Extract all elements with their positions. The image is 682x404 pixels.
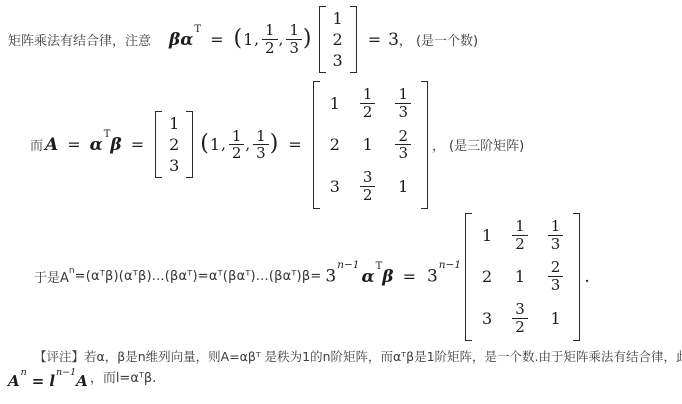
matrix-cell: 1	[330, 94, 340, 113]
column-vector-alpha: 1 2 3	[155, 111, 193, 178]
associativity-chain-expression: =(αᵀβ)(αᵀβ)...(βαᵀ)=αᵀ(βαᵀ)...(βαᵀ)β=	[75, 269, 322, 284]
vector-entry: 1	[169, 114, 179, 133]
right-bracket	[421, 81, 428, 209]
line1-annotation: (是一个数)	[416, 30, 478, 49]
numerator: 1	[395, 86, 411, 104]
fraction-one-third: 13	[253, 128, 269, 163]
denominator: 3	[548, 277, 564, 294]
numerator: 1	[512, 218, 528, 236]
l-symbol: l	[49, 372, 55, 390]
fraction-one-half: 12	[229, 128, 245, 163]
row-vector-entry-1: 1	[210, 135, 220, 154]
column-vector-alpha: 1 2 3	[319, 6, 357, 73]
matrix-cell: 2	[330, 135, 340, 154]
transpose-superscript: T	[194, 24, 201, 35]
comma: ,	[278, 30, 287, 57]
matrix-cell: 1	[550, 309, 560, 328]
equals-sign: =	[67, 135, 80, 154]
line2-prefix-text: 而	[30, 135, 43, 154]
matrix-entries: 1 12 13 2 1 23 3 32 1	[320, 81, 421, 209]
numerator: 1	[548, 218, 564, 236]
period: .	[584, 267, 589, 287]
matrix-cell-fraction: 12	[360, 86, 376, 121]
equals-sign: =	[403, 267, 416, 286]
row-vector-entry-1: 1	[243, 30, 253, 49]
open-paren: (	[232, 26, 243, 51]
prefix-A-power: 于是A	[34, 271, 69, 286]
comma: ,	[253, 30, 262, 57]
remark-tail-text: ，而l=αᵀβ.	[90, 368, 157, 390]
denominator: 3	[548, 236, 564, 253]
alpha-transpose-beta-term: αTβ	[90, 135, 122, 155]
numerator: 2	[395, 128, 411, 146]
matrix-3x3: 1 12 13 2 1 23 3 32 1	[313, 81, 428, 209]
right-bracket	[350, 6, 357, 73]
n-superscript: n	[21, 367, 27, 378]
matrix-cell: 1	[515, 267, 525, 286]
numerator: 1	[229, 128, 245, 146]
numerator: 2	[548, 259, 564, 277]
matrix-cell: 1	[398, 177, 408, 196]
left-bracket	[319, 6, 326, 73]
equation-line-1: 矩阵乘法有结合律，注意 βαT = ( 1 , 12 , 13 ) 1 2 3 …	[8, 6, 682, 73]
A-symbol: A	[76, 372, 88, 390]
remark-text-line: 【评注】若α，β是n维列向量，则A=αβᵀ 是秩为1的n阶矩阵，而αᵀβ是1阶矩…	[8, 347, 674, 367]
denominator: 3	[286, 40, 302, 57]
row-vector-beta: ( 1 , 12 , 13 )	[232, 22, 312, 57]
beta-alpha-symbols: βα	[169, 30, 193, 50]
fraction-one-half: 12	[262, 22, 278, 57]
numerator: 1	[262, 22, 278, 40]
comma: ，	[399, 30, 412, 49]
alpha-transpose-beta-term: αTβ	[362, 267, 394, 287]
right-bracket	[573, 213, 580, 341]
matrix-cell: 3	[482, 309, 492, 328]
matrix-3x3: 1 12 13 2 1 23 3 32 1	[465, 213, 580, 341]
remark-formula-line: An=ln−1A ，而l=αᵀβ.	[8, 367, 674, 392]
matrix-cell: 3	[330, 177, 340, 196]
matrix-cell: 2	[482, 267, 492, 286]
equals-sign: =	[288, 135, 301, 154]
matrix-cell: 1	[363, 135, 373, 154]
matrix-A-symbol: A	[45, 135, 58, 155]
matrix-cell-fraction: 13	[548, 218, 564, 253]
line2-annotation: (是三阶矩阵)	[449, 135, 524, 154]
column-vector-entries: 1 2 3	[326, 6, 350, 73]
beta-symbol: β	[110, 135, 121, 155]
exponent-n-minus-1: n−1	[56, 367, 76, 378]
alpha-symbol: α	[362, 267, 375, 287]
alpha-symbol: α	[90, 135, 103, 155]
transpose-superscript: T	[376, 261, 383, 272]
three-power-n-minus-1: 3n−1	[427, 266, 461, 287]
equation-line-3: 于是An =(αᵀβ)(αᵀβ)...(βαᵀ)=αᵀ(βαᵀ)...(βαᵀ)…	[34, 213, 682, 341]
denominator: 3	[395, 104, 411, 121]
vector-entry: 3	[169, 156, 179, 175]
textbook-page: 矩阵乘法有结合律，注意 βαT = ( 1 , 12 , 13 ) 1 2 3 …	[0, 0, 682, 404]
comma: ，	[432, 135, 445, 154]
denominator: 3	[395, 145, 411, 162]
numerator: 1	[360, 86, 376, 104]
line1-intro-text: 矩阵乘法有结合律，注意	[8, 30, 151, 49]
numerator: 1	[253, 128, 269, 146]
close-paren: )	[269, 131, 280, 156]
matrix-cell-fraction: 32	[360, 169, 376, 204]
beta-alpha-transpose-term: βαT	[169, 30, 201, 50]
matrix-cell-fraction: 23	[395, 128, 411, 163]
n-superscript: n	[69, 266, 75, 276]
column-vector-entries: 1 2 3	[162, 111, 186, 178]
denominator: 2	[229, 145, 245, 162]
line3-prefix-text: 于是An	[34, 267, 75, 286]
vector-entry: 2	[169, 135, 179, 154]
matrix-cell-fraction: 12	[512, 218, 528, 253]
left-bracket	[155, 111, 162, 178]
fraction-one-third: 13	[286, 22, 302, 57]
denominator: 2	[360, 104, 376, 121]
base-3: 3	[427, 267, 438, 287]
denominator: 2	[262, 40, 278, 57]
beta-symbol: β	[382, 267, 393, 287]
equals-sign: =	[368, 30, 381, 49]
denominator: 2	[360, 187, 376, 204]
equals-sign: =	[131, 135, 144, 154]
row-vector-beta: ( 1 , 12 , 13 )	[199, 128, 279, 163]
exponent-n-minus-1: n−1	[337, 259, 359, 271]
matrix-cell: 1	[482, 226, 492, 245]
left-bracket	[313, 81, 320, 209]
comma: ,	[220, 135, 229, 162]
matrix-cell-fraction: 23	[548, 259, 564, 294]
vector-entry: 2	[333, 30, 343, 49]
vector-entry: 1	[333, 9, 343, 28]
equals-sign: =	[210, 30, 223, 49]
denominator: 2	[512, 319, 528, 336]
matrix-cell-fraction: 32	[512, 301, 528, 336]
equals-sign: =	[32, 372, 45, 390]
transpose-superscript: T	[104, 129, 111, 140]
A-symbol: A	[8, 372, 20, 390]
left-bracket	[465, 213, 472, 341]
numerator: 3	[360, 169, 376, 187]
matrix-cell-fraction: 13	[395, 86, 411, 121]
right-bracket	[186, 111, 193, 178]
A-power-n-formula: An=ln−1A	[8, 367, 88, 392]
denominator: 2	[512, 236, 528, 253]
exponent-n-minus-1: n−1	[439, 259, 461, 271]
comma: ,	[244, 135, 253, 162]
vector-entry: 3	[333, 51, 343, 70]
denominator: 3	[253, 145, 269, 162]
matrix-entries: 1 12 13 2 1 23 3 32 1	[472, 213, 573, 341]
three-power-n-minus-1: 3n−1	[325, 266, 359, 287]
open-paren: (	[199, 131, 210, 156]
equation-line-2: 而 A = αTβ = 1 2 3 ( 1 , 12 , 13 ) = 1	[30, 81, 682, 209]
remark-paragraph: 【评注】若α，β是n维列向量，则A=αβᵀ 是秩为1的n阶矩阵，而αᵀβ是1阶矩…	[8, 347, 674, 392]
close-paren: )	[302, 26, 313, 51]
numerator: 3	[512, 301, 528, 319]
scalar-result: 3	[388, 30, 399, 50]
base-3: 3	[325, 267, 336, 287]
numerator: 1	[286, 22, 302, 40]
